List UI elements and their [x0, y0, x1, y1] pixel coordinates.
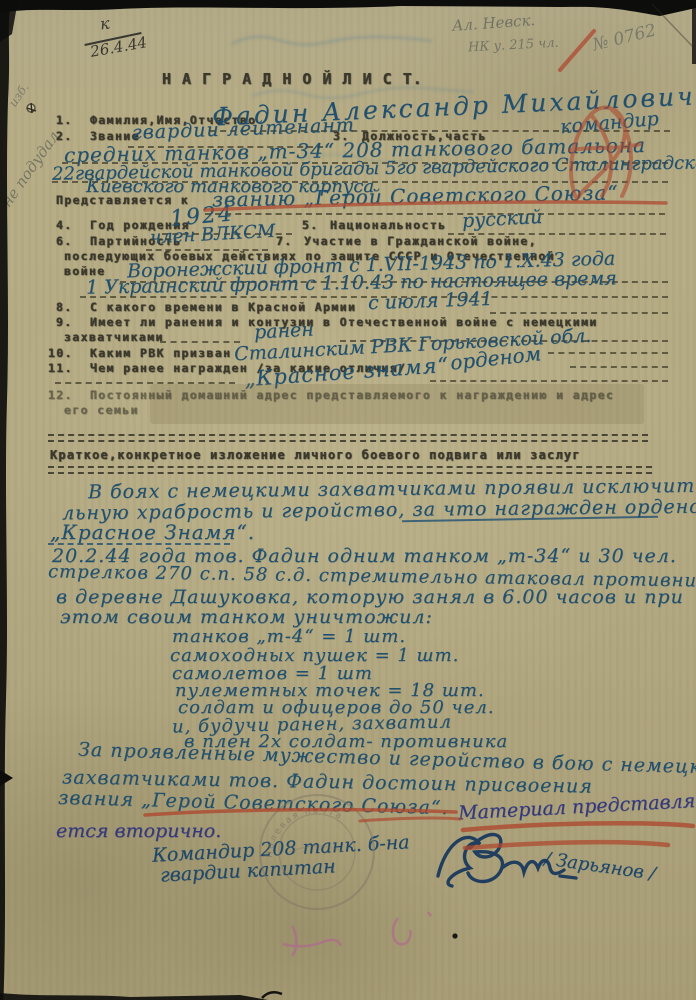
field-10-num: 10.	[48, 346, 73, 360]
field-5-label: Национальность	[330, 218, 447, 232]
page-title: Н А Г Р А Д Н О Й Л И С Т.	[162, 70, 423, 88]
field-12-label-line1: Постоянный домашний адрес представляемог…	[90, 388, 614, 402]
resubmit-note-line2: ется вторично.	[56, 820, 221, 842]
signer-name: / Зарьянов /	[543, 848, 657, 884]
section-header: Краткое,конкретное изложение личного бое…	[50, 448, 581, 462]
field-11-num: 11.	[48, 361, 73, 375]
doc-number: № 0762	[591, 20, 659, 55]
field-8-value: с июля 1941	[368, 288, 493, 314]
paper-hole	[27, 103, 36, 113]
field-12-label-line2: его семьи	[64, 403, 139, 417]
field-4-num: 4.	[56, 218, 73, 232]
field-2-num: 2.	[56, 129, 73, 143]
field-7-label-line1: Участие в Гражданской войне,	[304, 234, 537, 248]
red-underline-resubmit-2	[465, 842, 668, 848]
registration-fraction-top: к	[99, 14, 110, 34]
red-slash-doc-number	[560, 31, 594, 70]
red-underline-resubmit-1	[463, 823, 693, 830]
field-5-value: русский	[461, 206, 542, 232]
section-divider-top	[48, 434, 648, 442]
narrative-line-6: в деревне Дашуковка, которую занял в 6.0…	[56, 586, 684, 608]
field-9-label-line2: захватчиками	[64, 330, 164, 344]
present-label: Представляется к	[56, 193, 189, 207]
field-5-num: 5.	[302, 218, 319, 232]
award-sheet-document: к 26.4.44 изб. не подудал Ал. Невск. НК …	[0, 0, 696, 1000]
black-pen-curl	[262, 992, 282, 998]
narrative-line-8: танков „т-4“ = 1 шт.	[172, 626, 406, 647]
margin-note-small: изб.	[6, 81, 32, 110]
field-1-num: 1.	[56, 113, 73, 127]
field-9-num: 9.	[56, 315, 73, 329]
magenta-marks	[283, 912, 431, 956]
field-12-num: 12.	[48, 388, 73, 402]
ink-dot	[452, 933, 457, 938]
narrative-line-7: этом своим танком уничтожил:	[60, 606, 433, 628]
pencil-note-right-2: НК у. 215 чл.	[468, 36, 559, 56]
fold-crease	[652, 4, 694, 48]
section-divider-bottom	[48, 466, 652, 474]
pencil-note-right-1: Ал. Невск.	[451, 11, 535, 35]
narrative-line-3: „Красное Знамя“.	[50, 520, 255, 544]
field-7-num: 7.	[276, 234, 293, 248]
registration-fraction-bottom: 26.4.44	[89, 33, 149, 61]
field-6-num: 6.	[56, 234, 73, 248]
field-8-num: 8.	[56, 300, 73, 314]
field-9-label-line1: Имеет ли ранения и контузии в Отечествен…	[90, 315, 598, 329]
field-10-label: Каким РВК призван	[90, 346, 232, 360]
field-8-label: С какого времени в Красной Армии	[90, 300, 356, 314]
